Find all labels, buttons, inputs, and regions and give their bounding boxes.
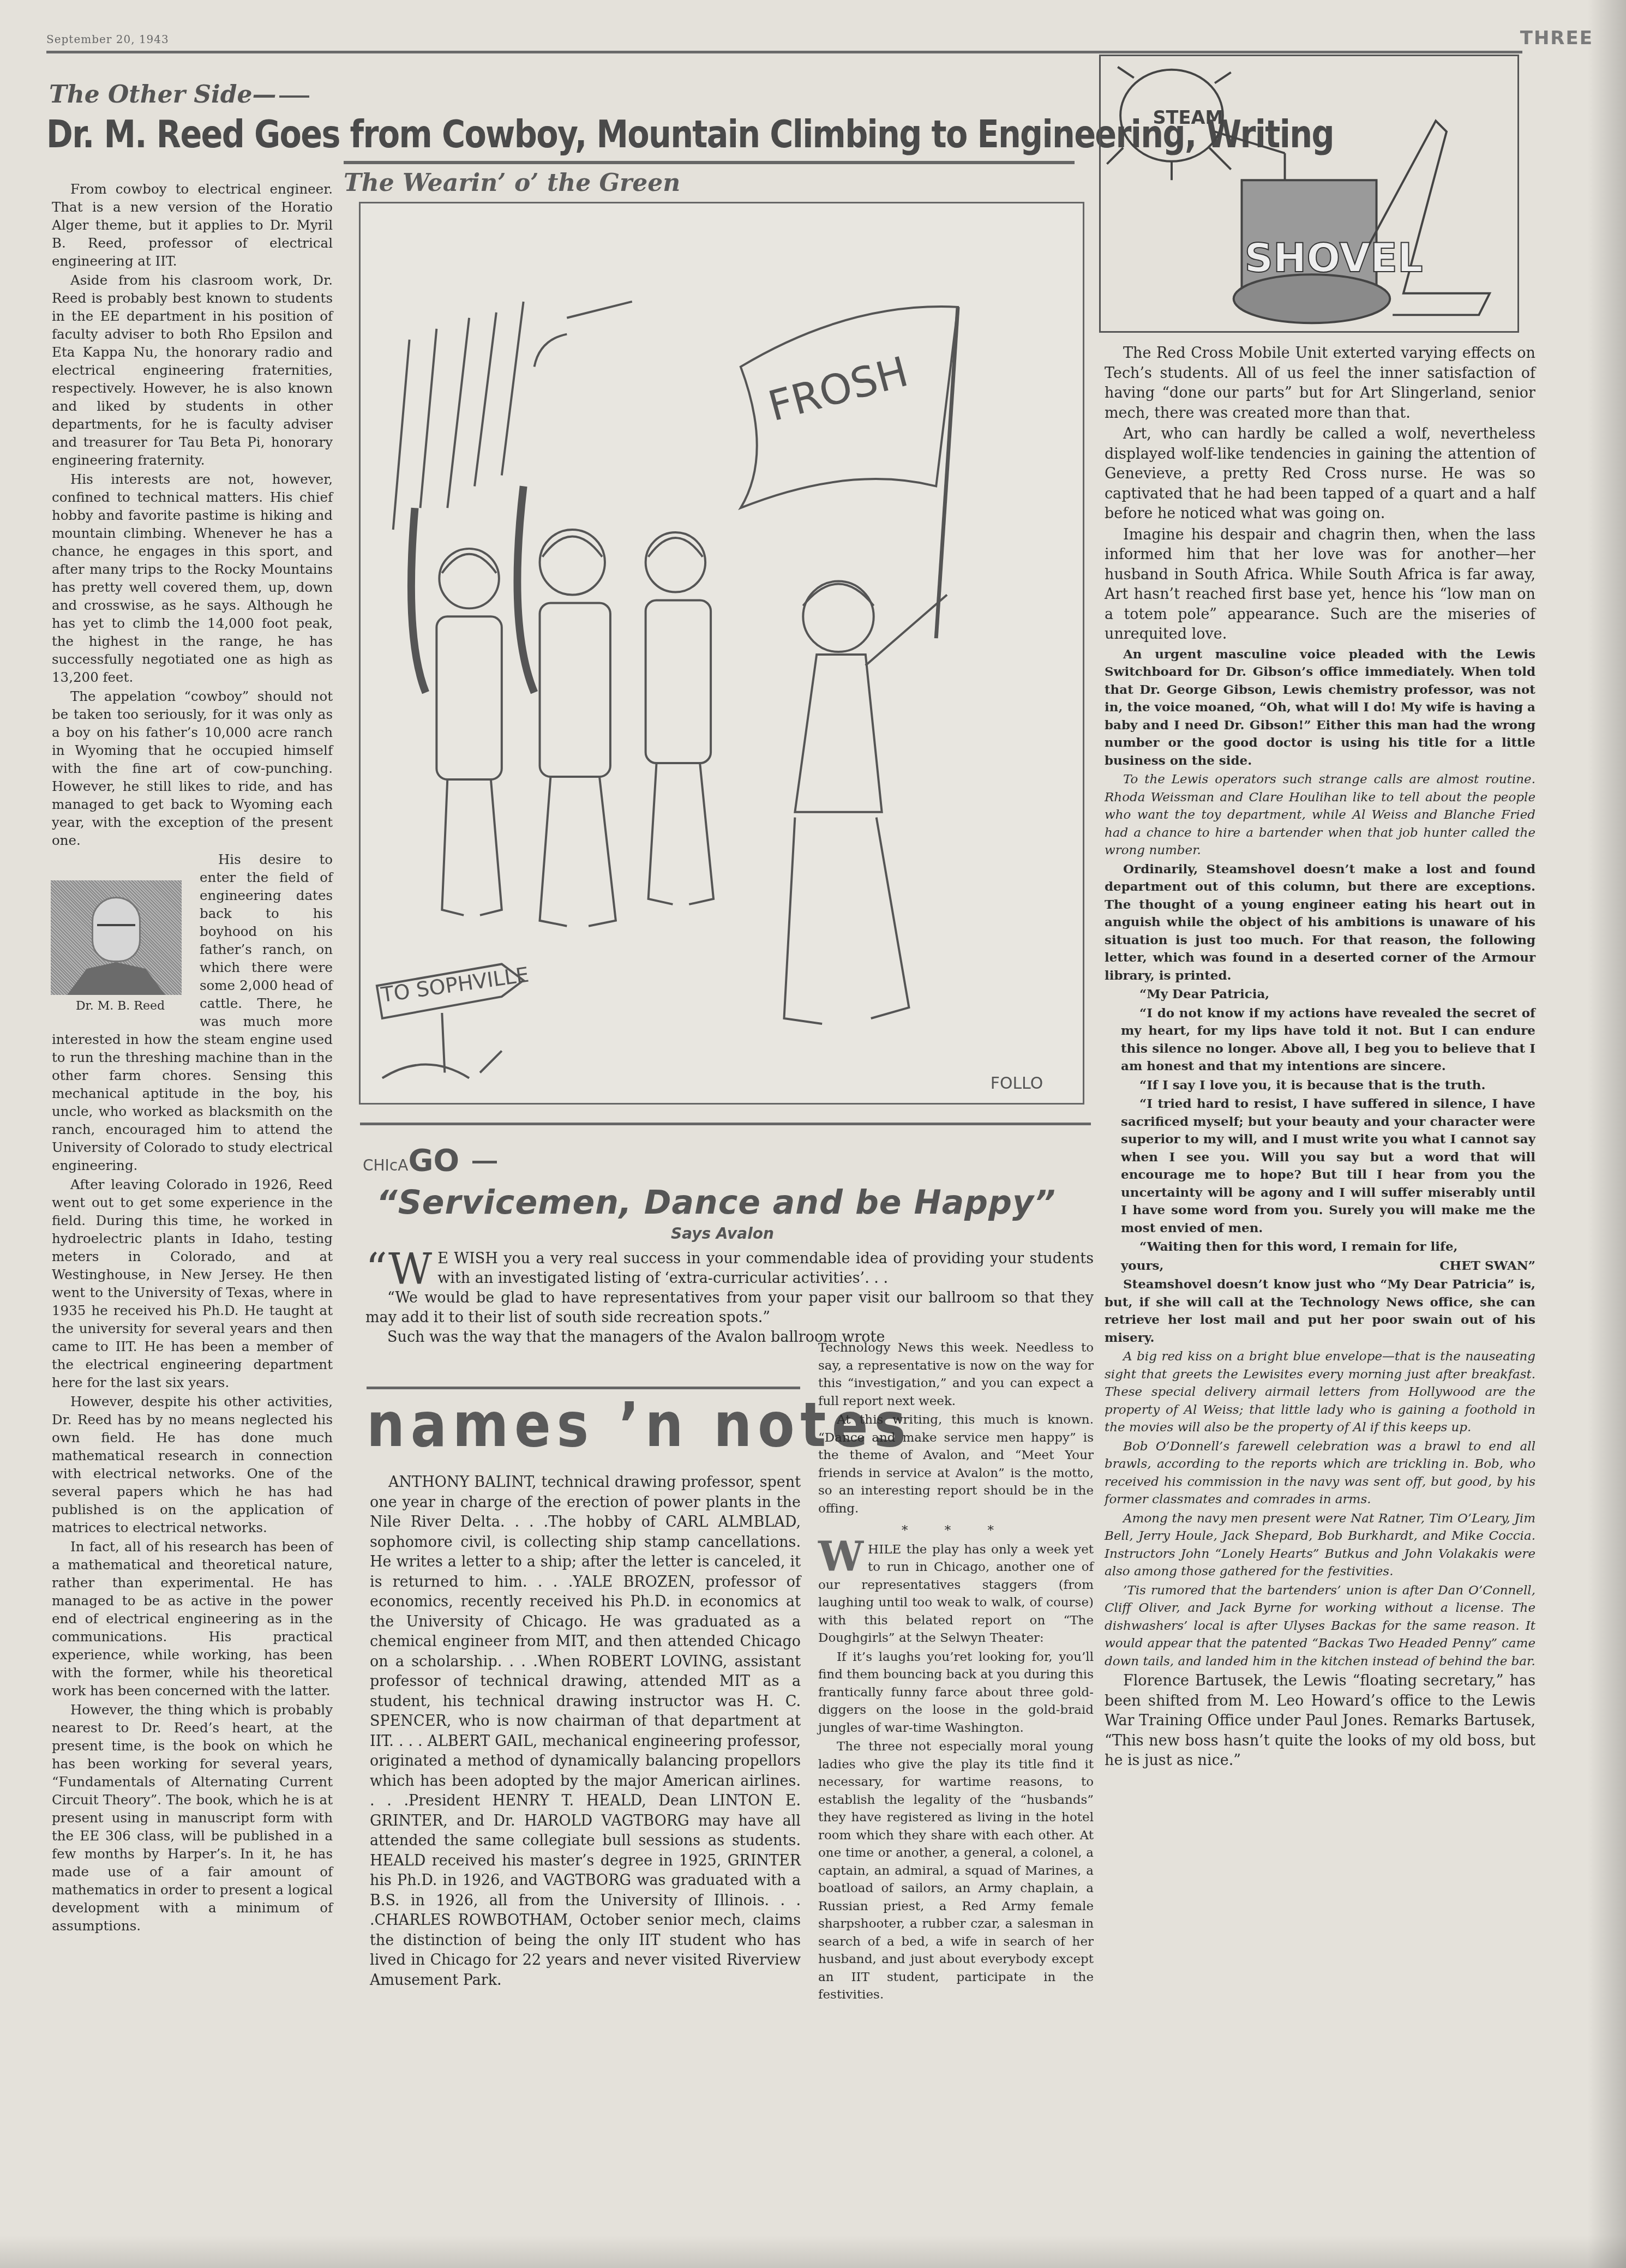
reed-photo-block: Dr. M. B. Reed: [51, 850, 190, 1016]
chicago-column-body: Technology News this week. Needless to s…: [818, 1339, 1094, 2005]
section-rule: [360, 1123, 1091, 1125]
paragraph: However, despite his other activities, D…: [52, 1393, 333, 1537]
paragraph: From cowboy to electrical engineer. That…: [52, 180, 333, 270]
column-kicker: The Other Side—: [49, 81, 309, 109]
reed-headline: Dr. M. Reed Goes from Cowboy, Mountain C…: [46, 112, 908, 157]
svg-text:TO SOPHVILLE: TO SOPHVILLE: [379, 962, 530, 1007]
steam-shovel-icon: STEAM SHOVEL: [1101, 56, 1517, 331]
cartoon-drawing-icon: FROSH TO SOPHVILLE FOLLO: [361, 203, 1083, 1103]
issue-date: September 20, 1943: [46, 33, 169, 46]
page-number: THREE: [1520, 27, 1593, 49]
newspaper-page: September 20, 1943 THREE The Other Side—…: [0, 0, 1626, 2268]
svg-text:FROSH: FROSH: [763, 347, 913, 430]
paragraph: In fact, all of his research has been of…: [52, 1538, 333, 1700]
cartoon-title: The Wearin’ o’ the Green: [344, 169, 680, 197]
dropcap: W: [818, 1541, 863, 1573]
svg-text:STEAM: STEAM: [1153, 107, 1223, 128]
paragraph: Aside from his clasroom work, Dr. Reed i…: [52, 271, 333, 469]
steam-shovel-column: The Red Cross Mobile Unit extertеd varyi…: [1105, 344, 1535, 1772]
reed-article-body: From cowboy to electrical engineer. That…: [52, 180, 333, 1936]
running-header: September 20, 1943 THREE: [46, 32, 1522, 53]
page-edge-shadow: [1588, 0, 1626, 2268]
svg-text:FOLLO: FOLLO: [991, 1074, 1043, 1093]
headline-rule: [344, 161, 1075, 164]
paragraph: However, the thing which is probably nea…: [52, 1701, 333, 1935]
steam-shovel-logo: STEAM SHOVEL: [1099, 55, 1519, 333]
photo-caption: Dr. M. B. Reed: [51, 997, 190, 1015]
servicemen-lead: “WE WISH you a very real success in your…: [365, 1249, 1094, 1347]
letter-salutation: “My Dear Patricia,: [1105, 986, 1535, 1004]
page-bottom-shadow: [0, 2235, 1626, 2268]
servicemen-subhead: Says Avalon: [671, 1225, 774, 1243]
paragraph: The appelation “cowboy” should not be ta…: [52, 687, 333, 849]
cartoon-illustration: FROSH TO SOPHVILLE FOLLO: [359, 202, 1084, 1105]
dropcap: “W: [365, 1252, 432, 1286]
svg-text:SHOVEL: SHOVEL: [1244, 235, 1423, 281]
letter-signature: yours, CHET SWAN”: [1105, 1257, 1535, 1275]
names-notes-body: ANTHONY BALINT, technical drawing profes…: [370, 1473, 801, 1991]
servicemen-headline: “Servicemen, Dance and be Happy”: [376, 1184, 1056, 1222]
paragraph: His interests are not, however, confined…: [52, 470, 333, 686]
chicago-column-kicker: CHIcAGO: [363, 1143, 497, 1178]
section-rule: [367, 1387, 800, 1389]
reed-portrait-photo: [51, 880, 182, 995]
paragraph: After leaving Colorado in 1926, Reed wen…: [52, 1175, 333, 1391]
